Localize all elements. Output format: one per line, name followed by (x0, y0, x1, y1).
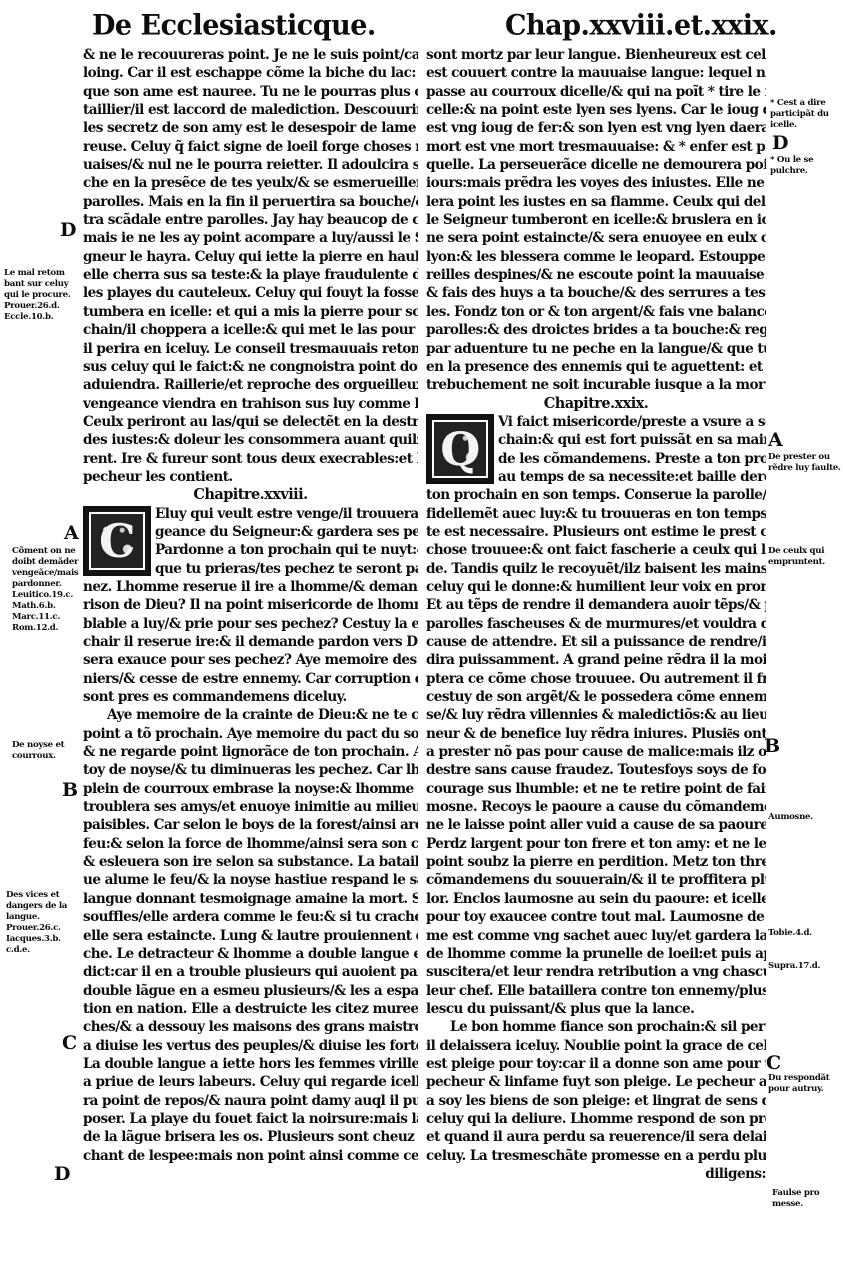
text-line: celuy qui le donne:& humilient leur voix… (426, 578, 766, 596)
margin-section-letter-a: A (64, 523, 79, 543)
text-line: parolles:& des droictes brides a ta bouc… (426, 321, 766, 339)
text-line: de lhomme comme la prunelle de loeil:et … (426, 945, 766, 963)
text-line: elle cherra sus sa teste:& la playe frau… (83, 266, 418, 284)
text-line: Aye memoire de la crainte de Dieu:& ne t… (83, 706, 418, 724)
left-text-column: & ne le recouureras point. Je ne le suis… (83, 46, 418, 1165)
text-line: lyon:& les blessera comme le leopard. Es… (426, 248, 766, 266)
text-line: langue donnant tesmoignage amaine la mor… (83, 890, 418, 908)
text-line: lera point les iustes en sa flamme. Ceul… (426, 193, 766, 211)
text-line: chant de lespee:mais non point ainsi com… (83, 1147, 418, 1165)
text-line: chain/il choppera a icelle:& qui met le … (83, 321, 418, 339)
text-line: me est comme vng sachet auec luy/et gard… (426, 927, 766, 945)
margin-note-respondant: Du respondãt pour autruy. (768, 1073, 842, 1095)
text-line: point soubz la pierre en perdition. Metz… (426, 853, 766, 871)
text-line: tion en nation. Elle a destruicte les ci… (83, 1000, 418, 1018)
text-line: celuy qui la deliure. Lhomme respond de … (426, 1110, 766, 1128)
decorated-initial-c: C (83, 506, 151, 576)
margin-note-empruntent: De ceulx qui empruntent. (768, 546, 842, 568)
margin-section-letter-d: D (772, 133, 788, 153)
text-line: aduiendra. Raillerie/et reproche des org… (83, 376, 418, 394)
text-line: rent. Ire & fureur sont tous deux execra… (83, 450, 418, 468)
text-line: point a tõ prochain. Aye memoire du pact… (83, 725, 418, 743)
text-line: ne sera point estaincte/& sera enuoyee e… (426, 229, 766, 247)
text-line: & fais des huys a ta bouche/& des serrur… (426, 284, 766, 302)
text-line: niers/& cesse de estre ennemy. Car corru… (83, 670, 418, 688)
text-line: mort est vne mort tresmauuaise: & * enfe… (426, 138, 766, 156)
text-line: troublera ses amys/et enuoye inimitie au… (83, 798, 418, 816)
text-line: reuse. Celuy q̃ faict signe de loeil for… (83, 138, 418, 156)
text-line: est couuert contre la mauuaise langue: l… (426, 64, 766, 82)
margin-section-letter-d2: D (54, 1164, 70, 1184)
text-line: ue alume le feu/& la noyse hastiue respa… (83, 871, 418, 889)
margin-note-noyse: De noyse et courroux. (12, 740, 82, 762)
text-block-ch29: ton prochain en son temps. Conserue la p… (426, 486, 766, 1183)
text-line: destre sans cause fraudez. Toutesfoys so… (426, 761, 766, 779)
initial-letter: Q (440, 426, 480, 472)
text-line: poser. La playe du fouet faict la noirsu… (83, 1110, 418, 1128)
text-line: sera exauce pour ses pechez? Aye memoire… (83, 651, 418, 669)
text-line: neur & de benefice luy rẽdra iniures. Pl… (426, 725, 766, 743)
text-line: parolles fascheuses & de murmures/et vou… (426, 615, 766, 633)
text-line: cõmandemens du souuerain/& il te proffit… (426, 871, 766, 889)
text-line: a prester nõ pas pour cause de malice:ma… (426, 743, 766, 761)
initial-letter: C (99, 518, 135, 564)
text-line: La double langue a iette hors les femmes… (83, 1055, 418, 1073)
text-line: est vng ioug de fer:& son lyen est vng l… (426, 119, 766, 137)
text-line: iours:mais prẽdra les voyes des iniustes… (426, 174, 766, 192)
text-line: par aduenture tu ne peche en la langue/&… (426, 340, 766, 358)
text-line: lescu du puissant/& plus que la lance. (426, 1000, 766, 1018)
text-line: quelle. La perseuerãce dicelle ne demour… (426, 156, 766, 174)
right-text-column: sont mortz par leur langue. Bienheureux … (426, 46, 766, 1183)
margin-note-tobie: Tobie.4.d. (768, 928, 842, 939)
text-line: ne le laisse point aller vuid a cause de… (426, 816, 766, 834)
margin-note-vengeance: Cõment on ne doibt demãder vengeãce/mais… (12, 546, 82, 634)
text-line: blable a luy/& prie pour ses pechez? Ces… (83, 615, 418, 633)
margin-section-letter-b: B (62, 780, 78, 800)
text-block-ch27-end: & ne le recouureras point. Je ne le suis… (83, 46, 418, 486)
text-line: des iustes:& doleur les consommera auant… (83, 431, 418, 449)
chapter-heading-29: Chapitre.xxix. (426, 395, 766, 413)
text-line: de la lãgue brisera les os. Plusieurs so… (83, 1128, 418, 1146)
text-line: ches/& a dessouy les maisons des grans m… (83, 1018, 418, 1036)
text-line: le Seigneur tumberont en icelle:& brusle… (426, 211, 766, 229)
margin-note-vices-langue: Des vices et dangers de la langue. Proue… (6, 890, 82, 956)
margin-section-letter-a: A (768, 430, 783, 450)
text-line: feu:& selon la force de lhomme/ainsi ser… (83, 835, 418, 853)
text-line: passe au courroux dicelle/& qui na poĩt … (426, 83, 766, 101)
text-block-ch28: nez. Lhomme reserue il ire a lhomme/& de… (83, 578, 418, 1165)
text-line: ra point de repos/& naura point damy auq… (83, 1092, 418, 1110)
text-line: dict:car il en a trouble plusieurs qui a… (83, 963, 418, 981)
text-line: cestuy de son argẽt/& le possedera cõme … (426, 688, 766, 706)
text-line: te est necessaire. Plusieurs ont estime … (426, 523, 766, 541)
text-line: celle:& na point este lyen ses lyens. Ca… (426, 101, 766, 119)
text-line: dira puissamment. A grand peine rẽdra il… (426, 651, 766, 669)
text-line: double lãgue en a esmeu plusieurs/& les … (83, 982, 418, 1000)
text-line: paisibles. Car selon le boys de la fores… (83, 816, 418, 834)
text-line: mais ie ne les ay point acompare a luy/a… (83, 229, 418, 247)
text-line: sont pres es commandemens diceluy. (83, 688, 418, 706)
text-line: pecheur les contient. (83, 468, 418, 486)
text-line: ton prochain en son temps. Conserue la p… (426, 486, 766, 504)
text-line: loing. Car il est eschappe cõme la biche… (83, 64, 418, 82)
text-line: vengeance viendra en trahison sus luy co… (83, 395, 418, 413)
text-line: ptera ce cõme chose trouuee. Ou autremen… (426, 670, 766, 688)
text-line: a priue de leurs labeurs. Celuy qui rega… (83, 1073, 418, 1091)
chapter-28-opening: C Eluy qui veult estre venge/il trouuera… (83, 505, 418, 578)
text-line: suscitera/et leur rendra retribution a v… (426, 963, 766, 981)
text-line: toy de noyse/& tu diminueras les pechez.… (83, 761, 418, 779)
text-line: chair il reserue ire:& il demande pardon… (83, 633, 418, 651)
text-line: a soy les biens de son pleige: et lingra… (426, 1092, 766, 1110)
text-line: fidellemẽt auec luy:& tu trouueras en to… (426, 505, 766, 523)
text-line: a diuise les vertus des peuples/& diuise… (83, 1037, 418, 1055)
text-line: che. Le detracteur & lhomme a double lan… (83, 945, 418, 963)
text-line: les. Fondz ton or & ton argent/& fais vn… (426, 303, 766, 321)
running-head-book-title: De Ecclesiasticque. (92, 9, 376, 42)
text-line: Perdz largent pour ton frere et ton amy:… (426, 835, 766, 853)
margin-note-prester: De prester ou rẽdre luy faulte. (768, 452, 842, 474)
text-line: & ne regarde point lignorãce de ton proc… (83, 743, 418, 761)
text-line: pour toy exaucee contre tout mal. Laumos… (426, 908, 766, 926)
chapter-heading-28: Chapitre.xxviii. (83, 486, 418, 504)
text-line: leur chef. Elle bataillera contre ton en… (426, 982, 766, 1000)
margin-note-aumosne: Aumosne. (768, 812, 842, 823)
margin-note-retombant: Le mal retom bant sur celuy qui le procu… (4, 268, 82, 323)
text-line: courage sus lhumble: et ne te retire poi… (426, 780, 766, 798)
text-block-ch28-end: sont mortz par leur langue. Bienheureux … (426, 46, 766, 395)
text-line: elle sera estaincte. Lung & lautre proui… (83, 927, 418, 945)
text-line: tra scãdale entre parolles. Jay hay beau… (83, 211, 418, 229)
margin-note-participation: * Cest a dire participãt du icelle. (770, 98, 842, 131)
initial-ornament: C (89, 512, 145, 570)
text-line: tumbera en icelle: et qui a mis la pierr… (83, 303, 418, 321)
text-line: il perira en iceluy. Le conseil tresmauu… (83, 340, 418, 358)
text-line: rison de Dieu? Il na point misericorde d… (83, 596, 418, 614)
text-line: diligens: (426, 1165, 766, 1183)
text-line: & ne le recouureras point. Je ne le suis… (83, 46, 418, 64)
text-line: Le bon homme fiance son prochain:& sil p… (426, 1018, 766, 1036)
text-line: mosne. Recoys le paoure a cause du cõman… (426, 798, 766, 816)
text-line: il delaissera iceluy. Noublie point la g… (426, 1037, 766, 1055)
margin-section-letter-c: C (766, 1053, 781, 1073)
text-line: reilles despines/& ne escoute point la m… (426, 266, 766, 284)
text-line: plein de courroux embrase la noyse:& lho… (83, 780, 418, 798)
text-line: Ceulx periront au las/qui se delectẽt en… (83, 413, 418, 431)
text-line: se/& luy rẽdra villennies & maledictiõs:… (426, 706, 766, 724)
margin-note-sepulchre: * Ou le se pulchre. (770, 155, 842, 177)
margin-section-letter-d: D (60, 220, 76, 240)
text-line: que son ame est nauree. Tu ne le pourras… (83, 83, 418, 101)
text-line: trebuchement ne soit incurable iusque a … (426, 376, 766, 394)
text-line: sont mortz par leur langue. Bienheureux … (426, 46, 766, 64)
text-line: taillier/il est laccord de malediction. … (83, 101, 418, 119)
margin-note-supra: Supra.17.d. (768, 961, 842, 972)
text-line: sus celuy qui le faict:& ne congnoistra … (83, 358, 418, 376)
text-line: pecheur & linfame fuyt son pleige. Le pe… (426, 1073, 766, 1091)
running-head-chapter: Chap.xxviii.et.xxix. (505, 9, 777, 42)
text-line: de. Tandis quilz le recoyuẽt/ilz baisent… (426, 560, 766, 578)
text-line: et quand il aura perdu sa reuerence/il s… (426, 1128, 766, 1146)
chapter-29-opening: Q Vi faict misericorde/preste a vsure a … (426, 413, 766, 486)
text-line: les secretz de son amy est le desespoir … (83, 119, 418, 137)
text-line: les playes du cauteleux. Celuy qui fouyt… (83, 284, 418, 302)
text-line: parolles. Mais en la fin il peruertira s… (83, 193, 418, 211)
text-line: chose trouuee:& ont faict fascherie a ce… (426, 541, 766, 559)
text-line: lor. Enclos laumosne au sein du paoure: … (426, 890, 766, 908)
text-line: souffles/elle ardera comme le feu:& si t… (83, 908, 418, 926)
margin-section-letter-b: B (764, 736, 780, 756)
text-line: Et au tẽps de rendre il demandera auoir … (426, 596, 766, 614)
text-line: che en la presẽce de tes yeulx/& se esme… (83, 174, 418, 192)
text-line: uaises/& nul ne le pourra reietter. Il a… (83, 156, 418, 174)
margin-note-promesse: Faulse pro messe. (772, 1188, 842, 1210)
text-line: nez. Lhomme reserue il ire a lhomme/& de… (83, 578, 418, 596)
margin-section-letter-c: C (62, 1033, 77, 1053)
text-line: & esleuera son ire selon sa substance. L… (83, 853, 418, 871)
text-line: en la presence des ennemis qui te aguett… (426, 358, 766, 376)
text-line: celuy. La tresmeschãte promesse en a per… (426, 1147, 766, 1165)
initial-ornament: Q (432, 420, 488, 478)
text-line: est pleige pour toy:car il a donne son a… (426, 1055, 766, 1073)
text-line: gneur le hayra. Celuy qui iette la pierr… (83, 248, 418, 266)
decorated-initial-q: Q (426, 414, 494, 484)
text-line: cause de attendre. Et sil a puissance de… (426, 633, 766, 651)
